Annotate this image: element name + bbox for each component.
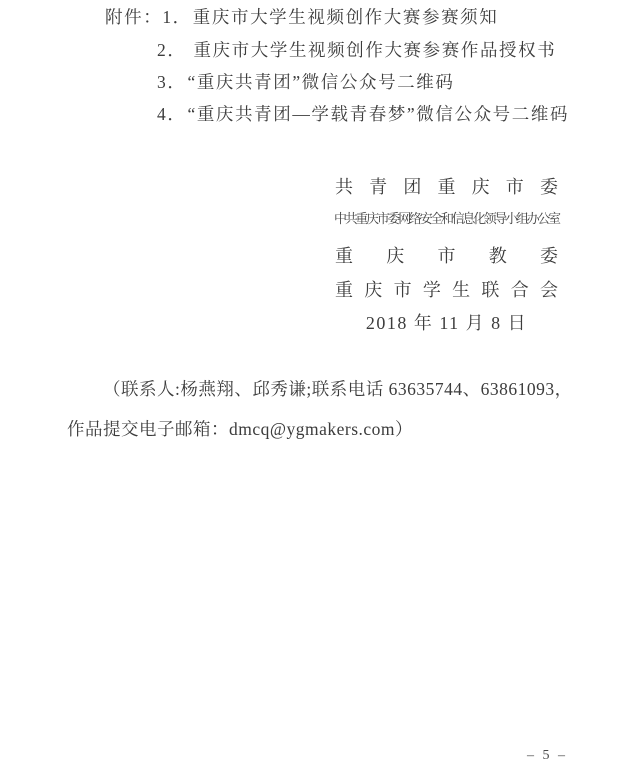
signature-org-1: 共青团重庆市委 xyxy=(335,176,558,199)
attachment-item-text: 重庆市大学生视频创作大赛参赛作品授权书 xyxy=(193,40,556,60)
signature-org-2: 中共重庆市委网络安全和信息化领导小组办公室 xyxy=(334,211,562,227)
attachment-item-number: 3． xyxy=(157,72,186,92)
signature-org-3: 重庆市教委 xyxy=(335,245,558,268)
page-number: – 5 – xyxy=(527,747,568,765)
contact-note-line-1: （联系人:杨燕翔、邱秀谦;联系电话 63635744、63861093， xyxy=(103,379,573,401)
attachment-item-text: “重庆共青团”微信公众号二维码 xyxy=(187,72,454,92)
signature-org-4: 重庆市学生联合会 xyxy=(335,279,558,302)
attachment-line-4: 4．“重庆共青团—学载青春梦”微信公众号二维码 xyxy=(157,104,569,126)
attachment-item-number: 1． xyxy=(162,7,191,27)
attachment-item-number: 4． xyxy=(157,104,186,124)
attachment-line-1: 附件：1．重庆市大学生视频创作大赛参赛须知 xyxy=(105,7,498,29)
attachments-label: 附件： xyxy=(105,7,162,27)
attachment-line-3: 3．“重庆共青团”微信公众号二维码 xyxy=(157,72,455,94)
contact-note-line-2: 作品提交电子邮箱：dmcq@ygmakers.com） xyxy=(67,419,413,441)
attachment-item-text: “重庆共青团—学载青春梦”微信公众号二维码 xyxy=(187,104,569,124)
attachment-item-text: 重庆市大学生视频创作大赛参赛须知 xyxy=(193,7,499,27)
signature-date: 2018 年 11 月 8 日 xyxy=(335,312,558,335)
document-page: 附件：1．重庆市大学生视频创作大赛参赛须知 2．重庆市大学生视频创作大赛参赛作品… xyxy=(0,0,643,770)
attachment-item-number: 2． xyxy=(157,40,186,60)
attachment-line-2: 2．重庆市大学生视频创作大赛参赛作品授权书 xyxy=(157,40,556,62)
